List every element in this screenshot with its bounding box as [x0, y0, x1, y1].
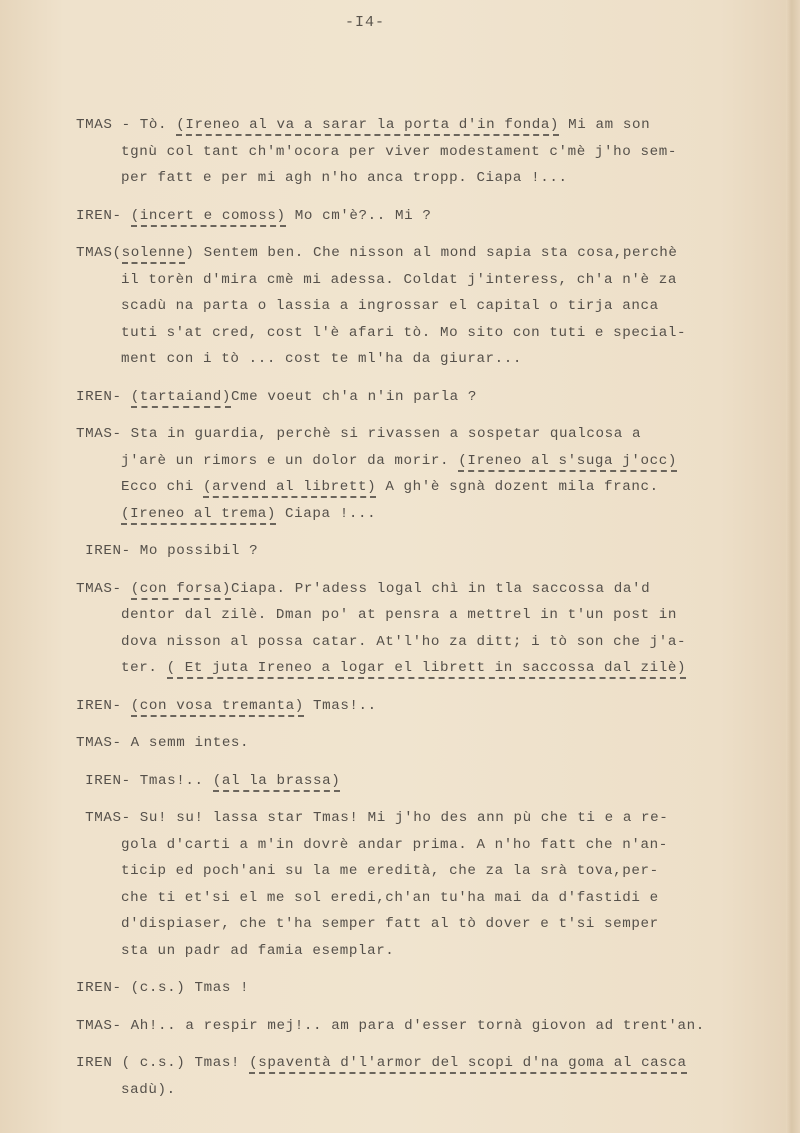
dialogue-text: IREN- Tmas!.. — [76, 773, 213, 789]
dialogue-text: che ti et'si el me sol eredi,ch'an tu'ha… — [121, 890, 659, 906]
stage-direction: ( Et juta Ireneo a logar el librett in s… — [167, 660, 687, 679]
dialogue-text: TMAS( — [76, 245, 122, 261]
stage-direction: (arvend al librett) — [203, 479, 376, 498]
dialogue-text: TMAS - Tò. — [76, 117, 176, 133]
text-line: TMAS- Sta in guardia, perchè si rivassen… — [76, 424, 736, 451]
stage-direction: (incert e comoss) — [131, 208, 286, 227]
dialogue-block: IREN- (incert e comoss) Mo cm'è?.. Mi ? — [76, 206, 736, 233]
dialogue-text: IREN ( c.s.) Tmas! — [76, 1055, 249, 1071]
dialogue-block: TMAS- A semm intes. — [76, 733, 736, 760]
stage-direction: (con forsa) — [131, 581, 231, 600]
text-line: IREN- (c.s.) Tmas ! — [76, 978, 736, 1005]
stage-direction: (tartaiand) — [131, 389, 231, 408]
dialogue-block: TMAS(solenne) Sentem ben. Che nisson al … — [76, 243, 736, 376]
dialogue-text: sadù). — [121, 1082, 176, 1098]
text-line: il torèn d'mira cmè mi adessa. Coldat j'… — [76, 270, 736, 297]
dialogue-text: ter. — [121, 660, 167, 676]
dialogue-text: Cme voeut ch'a n'in parla ? — [231, 389, 477, 405]
text-line: IREN- (incert e comoss) Mo cm'è?.. Mi ? — [76, 206, 736, 233]
dialogue-block: IREN ( c.s.) Tmas! (spaventà d'l'armor d… — [76, 1053, 736, 1106]
dialogue-text: IREN- — [76, 208, 131, 224]
text-line: gola d'carti a m'in dovrè andar prima. A… — [76, 835, 736, 862]
dialogue-text: scadù na parta o lassia a ingrossar el c… — [121, 298, 659, 314]
dialogue-block: TMAS - Tò. (Ireneo al va a sarar la port… — [76, 115, 736, 195]
dialogue-text: d'dispiaser, che t'ha semper fatt al tò … — [121, 916, 659, 932]
dialogue-text: Ciapa. Pr'adess logal chì in tla saccoss… — [231, 581, 650, 597]
dialogue-text: TMAS- Ah!.. a respir mej!.. am para d'es… — [76, 1018, 705, 1034]
dialogue-text: tuti s'at cred, cost l'è afari tò. Mo si… — [121, 325, 686, 341]
dialogue-text: tgnù col tant ch'm'ocora per viver modes… — [121, 144, 677, 160]
stage-direction: (al la brassa) — [213, 773, 341, 792]
dialogue-text: A gh'è sgnà dozent mila franc. — [376, 479, 659, 495]
text-line: TMAS - Tò. (Ireneo al va a sarar la port… — [76, 115, 736, 142]
text-line: (Ireneo al trema) Ciapa !... — [76, 504, 736, 531]
dialogue-text: TMAS- Su! su! lassa star Tmas! Mi j'ho d… — [76, 810, 668, 826]
dialogue-text: TMAS- A semm intes. — [76, 735, 249, 751]
dialogue-text: ticip ed poch'ani su la me eredità, che … — [121, 863, 659, 879]
text-line: tuti s'at cred, cost l'è afari tò. Mo si… — [76, 323, 736, 350]
stage-direction: (Ireneo al trema) — [121, 506, 276, 525]
dialogue-block: IREN- Tmas!.. (al la brassa) — [76, 771, 736, 798]
dialogue-text: gola d'carti a m'in dovrè andar prima. A… — [121, 837, 668, 853]
dialogue-block: TMAS- Sta in guardia, perchè si rivassen… — [76, 424, 736, 530]
text-line: TMAS- Ah!.. a respir mej!.. am para d'es… — [76, 1016, 736, 1043]
stage-direction: (con vosa tremanta) — [131, 698, 304, 717]
text-line: IREN- (con vosa tremanta) Tmas!.. — [76, 696, 736, 723]
stage-direction: (Ireneo al s'suga j'occ) — [458, 453, 677, 472]
dialogue-text: IREN- — [76, 698, 131, 714]
dialogue-text: IREN- (c.s.) Tmas ! — [76, 980, 249, 996]
page-edge-shadow — [786, 0, 800, 1133]
text-line: ter. ( Et juta Ireneo a logar el librett… — [76, 658, 736, 685]
dialogue-text: ) Sentem ben. Che nisson al mond sapia s… — [185, 245, 677, 261]
dialogue-block: TMAS- (con forsa)Ciapa. Pr'adess logal c… — [76, 579, 736, 685]
text-line: TMAS(solenne) Sentem ben. Che nisson al … — [76, 243, 736, 270]
stage-direction: solenne — [122, 245, 186, 264]
dialogue-text: Ciapa !... — [276, 506, 376, 522]
text-line: che ti et'si el me sol eredi,ch'an tu'ha… — [76, 888, 736, 915]
dialogue-text: ment con i tò ... cost te ml'ha da giura… — [121, 351, 522, 367]
page-number: -I4- — [0, 14, 730, 31]
text-line: d'dispiaser, che t'ha semper fatt al tò … — [76, 914, 736, 941]
dialogue-text: dova nisson al possa catar. At'l'ho za d… — [121, 634, 686, 650]
dialogue-text: Ecco chi — [121, 479, 203, 495]
text-line: sadù). — [76, 1080, 736, 1107]
text-line: per fatt e per mi agh n'ho anca tropp. C… — [76, 168, 736, 195]
text-line: IREN- Tmas!.. (al la brassa) — [76, 771, 736, 798]
dialogue-text: dentor dal zilè. Dman po' at pensra a me… — [121, 607, 677, 623]
text-line: dentor dal zilè. Dman po' at pensra a me… — [76, 605, 736, 632]
text-line: IREN ( c.s.) Tmas! (spaventà d'l'armor d… — [76, 1053, 736, 1080]
typewritten-page: -I4- TMAS - Tò. (Ireneo al va a sarar la… — [0, 0, 800, 1133]
dialogue-text: sta un padr ad famia esemplar. — [121, 943, 394, 959]
text-line: ment con i tò ... cost te ml'ha da giura… — [76, 349, 736, 376]
dialogue-block: IREN- Mo possibil ? — [76, 541, 736, 568]
text-line: scadù na parta o lassia a ingrossar el c… — [76, 296, 736, 323]
dialogue-text: TMAS- Sta in guardia, perchè si rivassen… — [76, 426, 641, 442]
dialogue-text: il torèn d'mira cmè mi adessa. Coldat j'… — [121, 272, 677, 288]
text-line: IREN- Mo possibil ? — [76, 541, 736, 568]
script-body: TMAS - Tò. (Ireneo al va a sarar la port… — [76, 104, 736, 1106]
text-line: TMAS- A semm intes. — [76, 733, 736, 760]
stage-direction: (spaventà d'l'armor del scopi d'na goma … — [249, 1055, 686, 1074]
text-line: tgnù col tant ch'm'ocora per viver modes… — [76, 142, 736, 169]
dialogue-text: per fatt e per mi agh n'ho anca tropp. C… — [121, 170, 568, 186]
text-line: TMAS- (con forsa)Ciapa. Pr'adess logal c… — [76, 579, 736, 606]
dialogue-text: Mo cm'è?.. Mi ? — [286, 208, 432, 224]
dialogue-block: IREN- (c.s.) Tmas ! — [76, 978, 736, 1005]
dialogue-block: IREN- (tartaiand)Cme voeut ch'a n'in par… — [76, 387, 736, 414]
text-line: ticip ed poch'ani su la me eredità, che … — [76, 861, 736, 888]
dialogue-text: j'arè un rimors e un dolor da morir. — [121, 453, 458, 469]
text-line: Ecco chi (arvend al librett) A gh'è sgnà… — [76, 477, 736, 504]
text-line: IREN- (tartaiand)Cme voeut ch'a n'in par… — [76, 387, 736, 414]
text-line: dova nisson al possa catar. At'l'ho za d… — [76, 632, 736, 659]
dialogue-block: TMAS- Su! su! lassa star Tmas! Mi j'ho d… — [76, 808, 736, 967]
dialogue-text: Mi am son — [559, 117, 650, 133]
text-line: TMAS- Su! su! lassa star Tmas! Mi j'ho d… — [76, 808, 736, 835]
stage-direction: (Ireneo al va a sarar la porta d'in fond… — [176, 117, 559, 136]
dialogue-text: TMAS- — [76, 581, 131, 597]
dialogue-block: IREN- (con vosa tremanta) Tmas!.. — [76, 696, 736, 723]
dialogue-text: IREN- — [76, 389, 131, 405]
dialogue-text: Tmas!.. — [304, 698, 377, 714]
dialogue-text: IREN- Mo possibil ? — [76, 543, 258, 559]
text-line: j'arè un rimors e un dolor da morir. (Ir… — [76, 451, 736, 478]
dialogue-block: TMAS- Ah!.. a respir mej!.. am para d'es… — [76, 1016, 736, 1043]
text-line: sta un padr ad famia esemplar. — [76, 941, 736, 968]
